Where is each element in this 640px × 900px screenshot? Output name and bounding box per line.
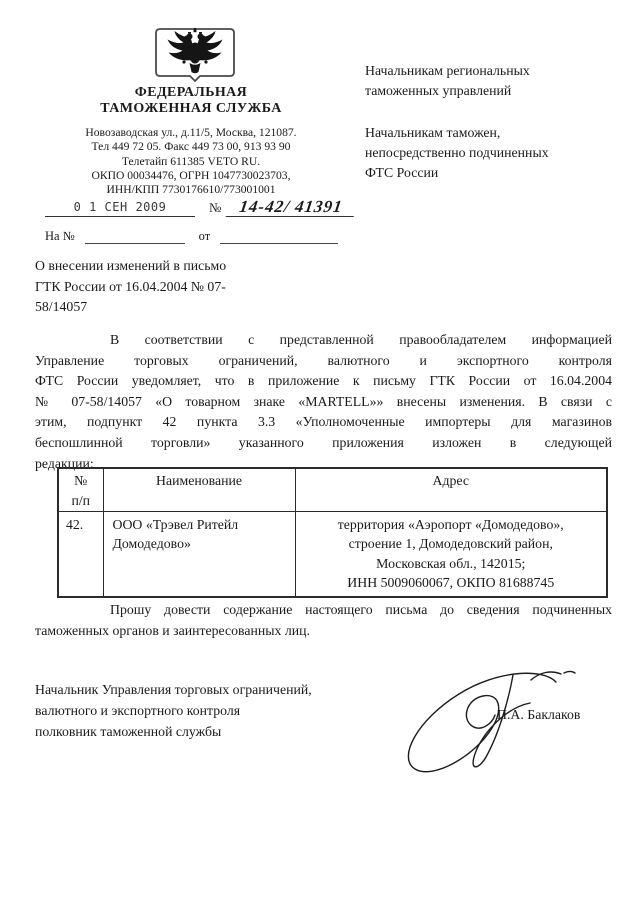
addressee-block: Начальникам региональных таможенных упра… — [365, 61, 620, 101]
table-cell-address-line: Московская обл., 142015; — [296, 554, 607, 574]
table-cell-num: 42. — [58, 511, 103, 597]
org-address-line: ОКПО 00034476, ОГРН 1047730023703, — [28, 169, 354, 183]
signature-title-line: полковник таможенной службы — [35, 721, 385, 742]
addressee-line: таможенных управлений — [365, 81, 620, 101]
body-line: таможенных органов и заинтересованных ли… — [35, 620, 612, 641]
date-number-row: 0 1 СЕН 2009 № 14-42/ 41391 — [45, 198, 357, 217]
org-name: ФЕДЕРАЛЬНАЯ ТАМОЖЕННАЯ СЛУЖБА — [38, 85, 344, 116]
org-name-line: ФЕДЕРАЛЬНАЯ — [38, 85, 344, 101]
table-cell-name: ООО «Трэвел Ритейл Домодедово» — [103, 511, 295, 597]
appendix-table: № п/п Наименование Адрес 42. ООО «Трэвел… — [57, 467, 608, 598]
table-cell-address-line: строение 1, Домодедовский район, — [296, 534, 607, 554]
org-name-line: ТАМОЖЕННАЯ СЛУЖБА — [38, 101, 344, 117]
body-line: беспошлинной торговли» указанного прилож… — [35, 433, 612, 454]
subject-line: 58/14057 — [35, 297, 365, 318]
org-address: Новозаводская ул., д.11/5, Москва, 12108… — [28, 126, 354, 197]
body-paragraph-closing: Прошу довести содержание настоящего пись… — [35, 599, 612, 641]
table-cell-address-line: территория «Аэропорт «Домодедово», — [296, 515, 607, 535]
table-cell-address-line: ИНН 5009060067, ОКПО 81688745 — [296, 573, 607, 593]
signature-title-line: Начальник Управления торговых ограничени… — [35, 679, 385, 700]
table-header-name: Наименование — [103, 468, 295, 511]
org-address-line: ИНН/КПП 7730176610/773001001 — [28, 183, 354, 197]
table-header-row: № п/п Наименование Адрес — [58, 468, 607, 511]
table-row: 42. ООО «Трэвел Ритейл Домодедово» терри… — [58, 511, 607, 597]
table-header-num-line: № — [59, 471, 103, 491]
table-cell-address: территория «Аэропорт «Домодедово», строе… — [295, 511, 607, 597]
reply-to-label: На № — [45, 229, 75, 244]
body-line: № 07-58/14057 «О товарном знаке «MARTELL… — [35, 392, 612, 413]
body-line: Прошу довести содержание настоящего пись… — [35, 599, 612, 620]
addressees: Начальникам региональных таможенных упра… — [365, 61, 620, 183]
body-line: ФТС России уведомляет, что в приложение … — [35, 371, 612, 392]
table-cell-name-line: Домодедово» — [113, 534, 291, 554]
signature-name: П.А. Баклаков — [497, 707, 580, 723]
table-header-address: Адрес — [295, 468, 607, 511]
body-line: этим, подпункт 42 пункта 3.3 «Уполномоче… — [35, 412, 612, 433]
body-paragraph-main: В соответствии с представленной правообл… — [35, 330, 612, 474]
addressee-line: Начальникам региональных — [365, 61, 620, 81]
addressee-line: ФТС России — [365, 163, 620, 183]
body-line: Управление торговых ограничений, валютно… — [35, 351, 612, 372]
subject-line: О внесении изменений в письмо — [35, 256, 365, 277]
org-address-line: Телетайп 611385 VETO RU. — [28, 155, 354, 169]
addressee-line: непосредственно подчиненных — [365, 143, 620, 163]
reply-date-blank — [220, 229, 338, 244]
outgoing-number-handwritten: 14-42/ 41391 — [226, 198, 357, 217]
double-headed-eagle-icon — [154, 27, 236, 83]
table-header-num: № п/п — [58, 468, 103, 511]
reply-from-label: от — [199, 229, 211, 244]
org-address-line: Новозаводская ул., д.11/5, Москва, 12108… — [28, 126, 354, 140]
addressee-block: Начальникам таможен, непосредственно под… — [365, 123, 620, 183]
subject-line: ГТК России от 16.04.2004 № 07- — [35, 277, 365, 298]
signature-title: Начальник Управления торговых ограничени… — [35, 679, 385, 742]
date-stamp: 0 1 СЕН 2009 — [45, 200, 195, 217]
table-header-num-line: п/п — [59, 491, 103, 511]
document-page: ФЕДЕРАЛЬНАЯ ТАМОЖЕННАЯ СЛУЖБА Новозаводс… — [0, 0, 640, 900]
subject-block: О внесении изменений в письмо ГТК России… — [35, 256, 365, 318]
reply-reference-row: На № от — [45, 227, 357, 244]
addressee-line: Начальникам таможен, — [365, 123, 620, 143]
table-cell-name-line: ООО «Трэвел Ритейл — [113, 515, 291, 535]
signature-title-line: валютного и экспортного контроля — [35, 700, 385, 721]
number-sign: № — [209, 200, 221, 217]
org-address-line: Тел 449 72 05. Факс 449 73 00, 913 93 90 — [28, 140, 354, 154]
letterhead-emblem — [154, 27, 236, 83]
reply-number-blank — [85, 229, 185, 244]
body-line: В соответствии с представленной правообл… — [35, 330, 612, 351]
